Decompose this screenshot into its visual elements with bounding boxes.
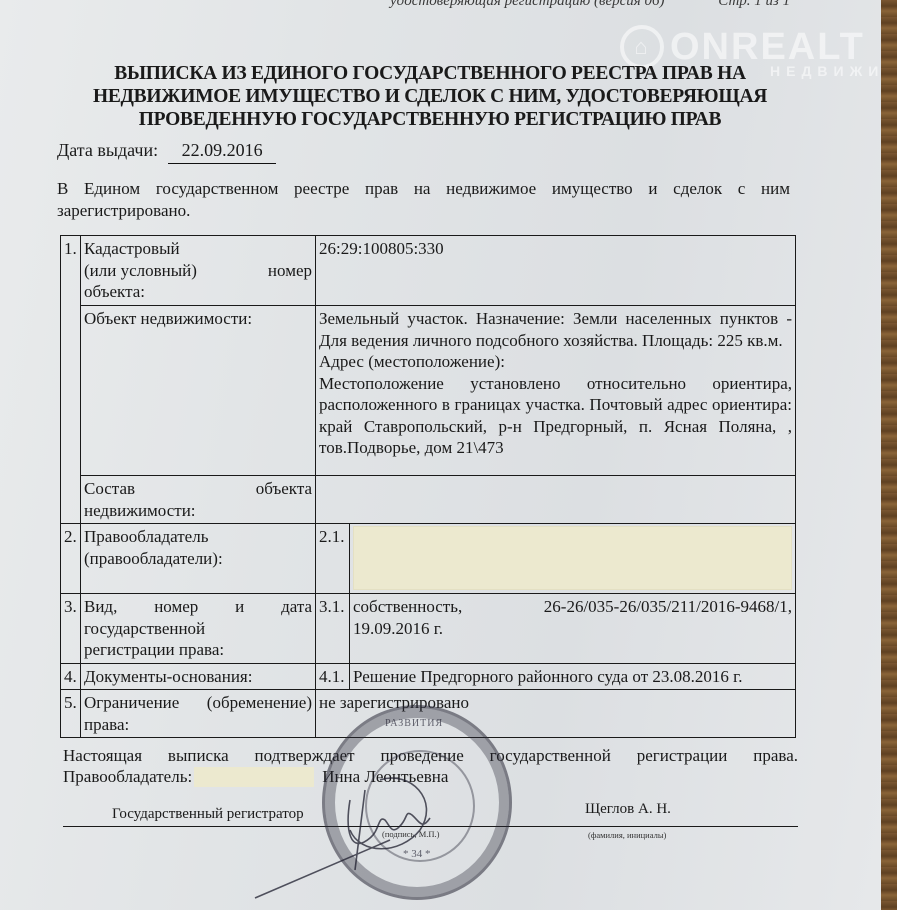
title-line-3: ПРОВЕДЕННУЮ ГОСУДАРСТВЕННУЮ РЕГИСТРАЦИЮ … (60, 108, 800, 131)
documents-value: Решение Предгорного районного суда от 23… (350, 663, 796, 690)
holder-line-label: Правообладатель: (63, 766, 192, 787)
cadastral-label: Кадастровый (или условный) номер объекта… (81, 236, 316, 306)
label-line: Кадастровый (84, 238, 312, 260)
documents-sub-number: 4.1. (316, 663, 350, 690)
table-row-object: Объект недвижимости: Земельный участок. … (61, 306, 796, 476)
issue-date-value: 22.09.2016 (168, 140, 276, 164)
holder-value-redacted (350, 524, 796, 594)
table-row-cadastral: 1. Кадастровый (или условный) номер объе… (61, 236, 796, 306)
label-word: (или условный) (84, 260, 197, 282)
title-line-2: НЕДВИЖИМОЕ ИМУЩЕСТВО И СДЕЛОК С НИМ, УДО… (60, 85, 800, 108)
label-line: недвижимости: (84, 500, 312, 522)
stamp-top-text: РАЗВИТИЯ (385, 718, 443, 729)
documents-label: Документы-основания: (81, 663, 316, 690)
label-line: Ограничение (обременение) (84, 692, 312, 714)
object-label: Объект недвижимости: (81, 306, 316, 476)
cadastral-value: 26:29:100805:330 (316, 236, 796, 306)
label-line: государственной (84, 618, 312, 640)
holder-label: Правообладатель (правообладатели): (81, 524, 316, 594)
table-row-holder: 2. Правообладатель (правообладатели): 2.… (61, 524, 796, 594)
label-line: объекта: (84, 281, 312, 303)
label-word: и (235, 596, 244, 618)
intro-text: В Едином государственном реестре прав на… (57, 178, 790, 222)
label-word: (обременение) (207, 692, 312, 714)
right-line: собственность, 26-26/035-26/035/211/2016… (353, 596, 792, 618)
right-label: Вид, номер и дата государственной регист… (81, 594, 316, 664)
header-form-text: удостоверяющая регистрацию (версия 06) (390, 0, 665, 9)
row-number: 3. (61, 594, 81, 664)
table-row-right: 3. Вид, номер и дата государственной рег… (61, 594, 796, 664)
title-line-1: ВЫПИСКА ИЗ ЕДИНОГО ГОСУДАРСТВЕННОГО РЕЕС… (60, 62, 800, 85)
row-number: 1. (61, 236, 81, 524)
label-word: номер (154, 596, 198, 618)
redaction-sticker (353, 526, 792, 590)
right-value: собственность, 26-26/035-26/035/211/2016… (350, 594, 796, 664)
label-word: объекта (256, 478, 312, 500)
label-word: Ограничение (84, 692, 179, 714)
signature-icon (250, 760, 450, 910)
document-title: ВЫПИСКА ИЗ ЕДИНОГО ГОСУДАРСТВЕННОГО РЕЕС… (60, 62, 800, 131)
label-word: номер (268, 260, 312, 282)
row-number: 2. (61, 524, 81, 594)
issue-date-label: Дата выдачи: (57, 140, 158, 164)
address-value: Местоположение установлено относительно … (319, 373, 792, 459)
holder-sub-number: 2.1. (316, 524, 350, 594)
registrar-caption: (фамилия, инициалы) (588, 830, 666, 840)
composition-label: Состав объекта недвижимости: (81, 476, 316, 524)
object-value: Земельный участок. Назначение: Земли нас… (316, 306, 796, 476)
label-word: Состав (84, 478, 135, 500)
label-line: права: (84, 714, 312, 736)
page-header-cut: удостоверяющая регистрацию (версия 06) С… (340, 0, 790, 10)
registrar-name: Щеглов А. Н. (585, 801, 671, 818)
table-row-documents: 4. Документы-основания: 4.1. Решение Пре… (61, 663, 796, 690)
table-row-composition: Состав объекта недвижимости: (61, 476, 796, 524)
registration-number: 26-26/035-26/035/211/2016-9468/1, (544, 596, 792, 618)
header-page-number: Стр. 1 из 1 (718, 0, 790, 9)
registry-table: 1. Кадастровый (или условный) номер объе… (60, 235, 796, 738)
right-sub-number: 3.1. (316, 594, 350, 664)
right-type: собственность, (353, 596, 462, 618)
address-label: Адрес (местоположение): (319, 351, 792, 373)
row-number: 4. (61, 663, 81, 690)
object-description: Земельный участок. Назначение: Земли нас… (319, 308, 792, 351)
label-line: регистрации права: (84, 639, 312, 661)
label-word: дата (281, 596, 312, 618)
wooden-table-edge (881, 0, 897, 910)
label-line: Вид, номер и дата (84, 596, 312, 618)
registration-date: 19.09.2016 г. (353, 618, 792, 640)
label-line: Состав объекта (84, 478, 312, 500)
row-number: 5. (61, 690, 81, 738)
composition-value (316, 476, 796, 524)
encumbrance-label: Ограничение (обременение) права: (81, 690, 316, 738)
document-page: удостоверяющая регистрацию (версия 06) С… (0, 0, 882, 910)
label-line: (или условный) номер (84, 260, 312, 282)
issue-date: Дата выдачи: 22.09.2016 (57, 140, 276, 164)
label-word: Вид, (84, 596, 117, 618)
